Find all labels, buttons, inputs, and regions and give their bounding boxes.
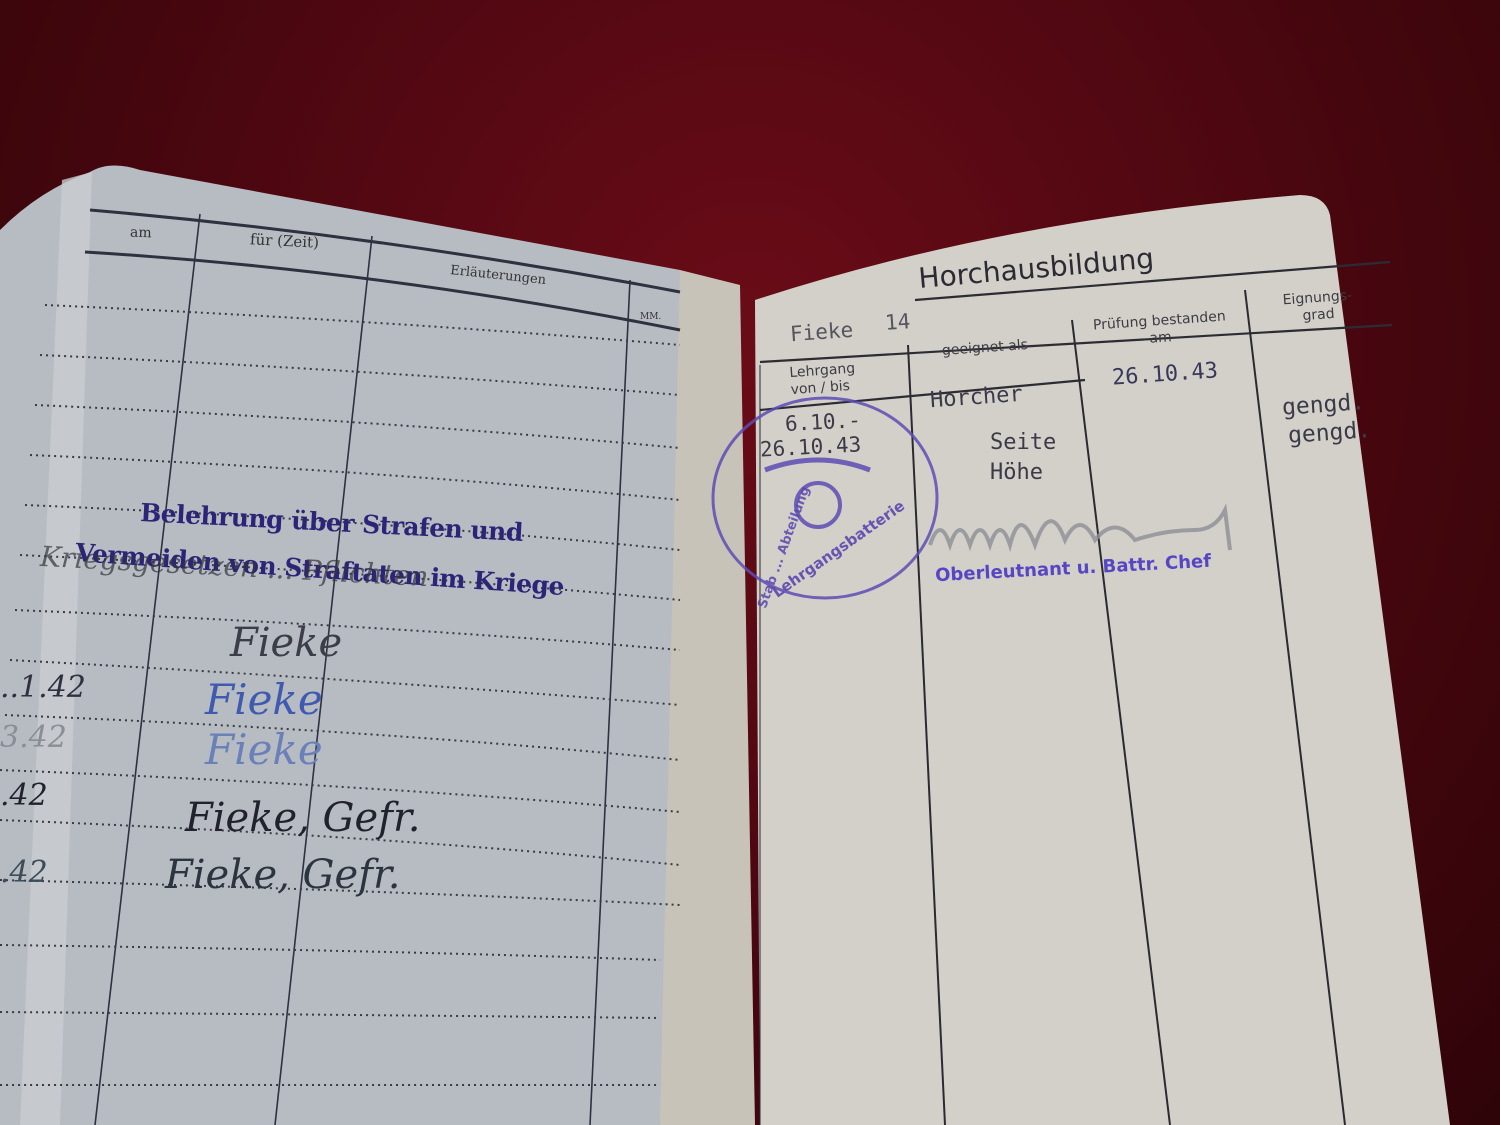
signature-row-2: Fieke <box>205 675 323 724</box>
lehrgang-from: 6.10.- <box>784 408 861 436</box>
date-row-5: .42 <box>0 855 48 890</box>
sub-line-hoehe: Höhe <box>990 460 1043 485</box>
column-header-am: am <box>130 225 152 242</box>
date-row-2: ..1.42 <box>0 670 86 705</box>
signature-row-3: Fieke <box>205 725 323 774</box>
signature-row-1: Fieke <box>230 620 342 666</box>
date-row-3: 3.42 <box>0 720 67 755</box>
signature-row-4: Fieke, Gefr. <box>185 795 420 841</box>
page-number: 14 <box>884 309 911 335</box>
date-row-4: .42 <box>0 778 48 813</box>
sub-line-seite: Seite <box>990 430 1056 455</box>
signature-row-5: Fieke, Gefr. <box>165 852 400 898</box>
column-header-eignungsgrad: Eignungs-grad <box>1267 287 1369 328</box>
name-stamp: Fieke <box>789 318 854 346</box>
column-header-mm: MM. <box>640 312 661 322</box>
column-header-fuer-zeit: für (Zeit) <box>250 230 320 252</box>
column-header-lehrgang: Lehrgang von / bis <box>789 359 881 399</box>
